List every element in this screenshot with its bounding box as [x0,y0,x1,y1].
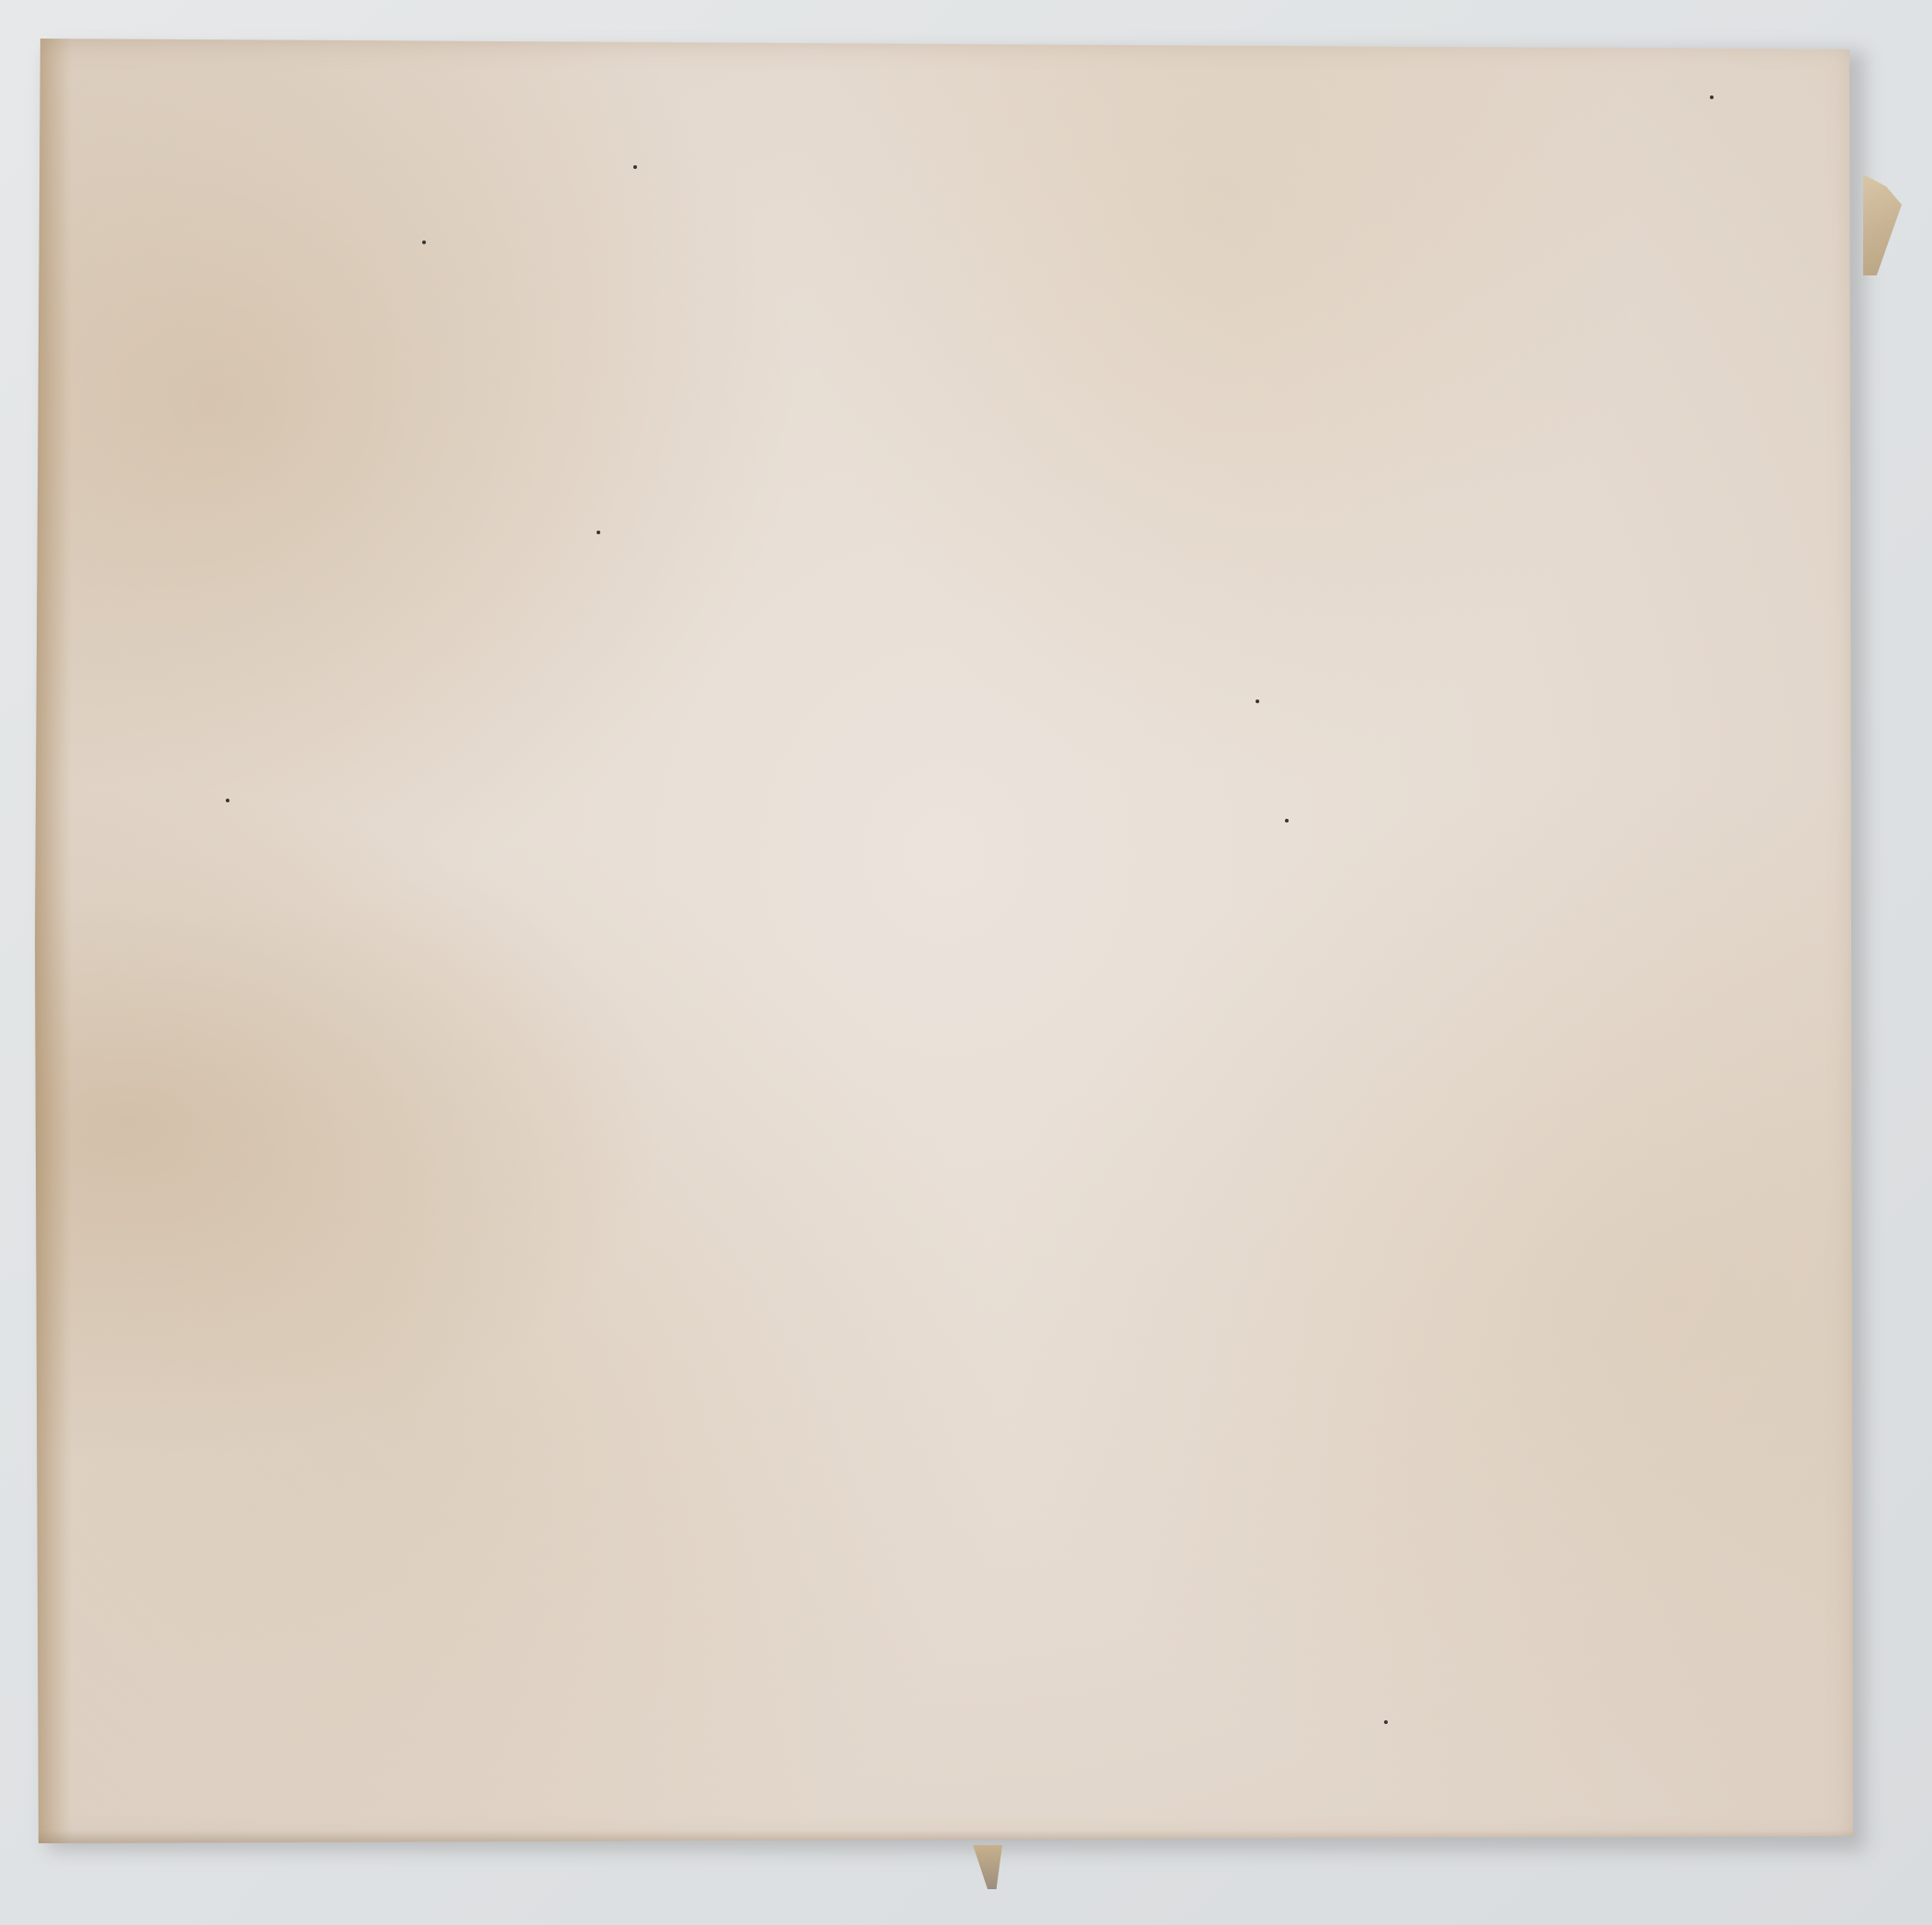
speck [1256,699,1259,703]
speck [633,165,637,169]
speck [597,531,600,534]
speck [226,799,229,802]
stained-left-edge [35,39,72,1847]
speck [1384,1720,1388,1724]
speck [1285,819,1289,823]
aged-paper-sheet [35,39,1857,1847]
speck [1710,95,1714,99]
speck [422,241,426,244]
